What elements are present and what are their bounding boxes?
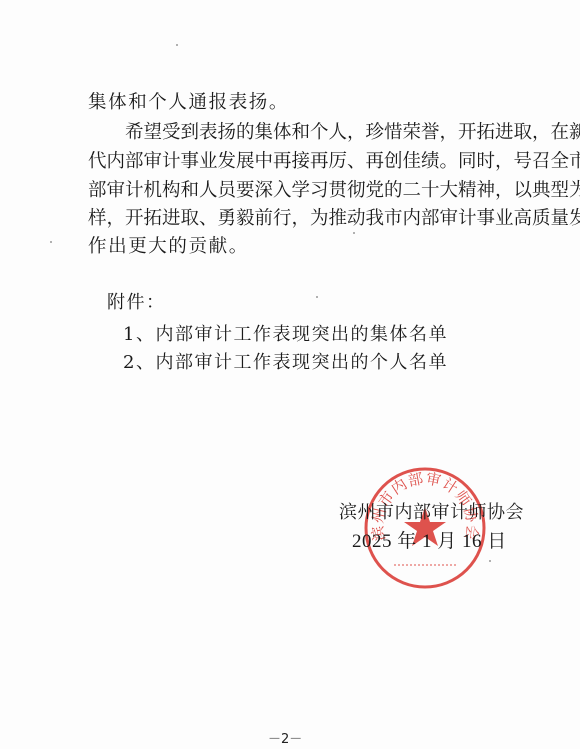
official-seal-icon: 滨州市内部审计师协会	[362, 465, 488, 591]
scan-speck	[489, 560, 491, 562]
body-line-4: 部审计机构和人员要深入学习贯彻党的二十大精神，以典型为榜	[88, 180, 512, 202]
body-line-2: 希望受到表扬的集体和个人，珍惜荣誉，开拓进取，在新时	[125, 122, 512, 144]
attachments-label: 附件：	[107, 292, 166, 314]
signature-date: 2025 年 1 月 16 日	[352, 531, 507, 553]
scan-speck	[316, 296, 318, 298]
scan-speck	[176, 44, 178, 46]
page-number: －2－	[268, 728, 302, 747]
scan-speck	[353, 232, 355, 234]
scan-speck	[50, 241, 52, 243]
attachment-item-1: 1、内部审计工作表现突出的集体名单	[123, 324, 448, 346]
body-line-6: 作出更大的贡献。	[88, 236, 249, 258]
body-line-1: 集体和个人通报表扬。	[88, 92, 289, 114]
attachment-item-2: 2、内部审计工作表现突出的个人名单	[123, 352, 448, 374]
body-line-5: 样，开拓进取、勇毅前行，为推动我市内部审计事业高质量发展	[88, 208, 512, 230]
signature-organization: 滨州市内部审计师协会	[339, 502, 524, 524]
document-page: 集体和个人通报表扬。 希望受到表扬的集体和个人，珍惜荣誉，开拓进取，在新时 代内…	[0, 0, 580, 749]
body-line-3: 代内部审计事业发展中再接再厉、再创佳绩。同时，号召全市内	[88, 151, 512, 173]
